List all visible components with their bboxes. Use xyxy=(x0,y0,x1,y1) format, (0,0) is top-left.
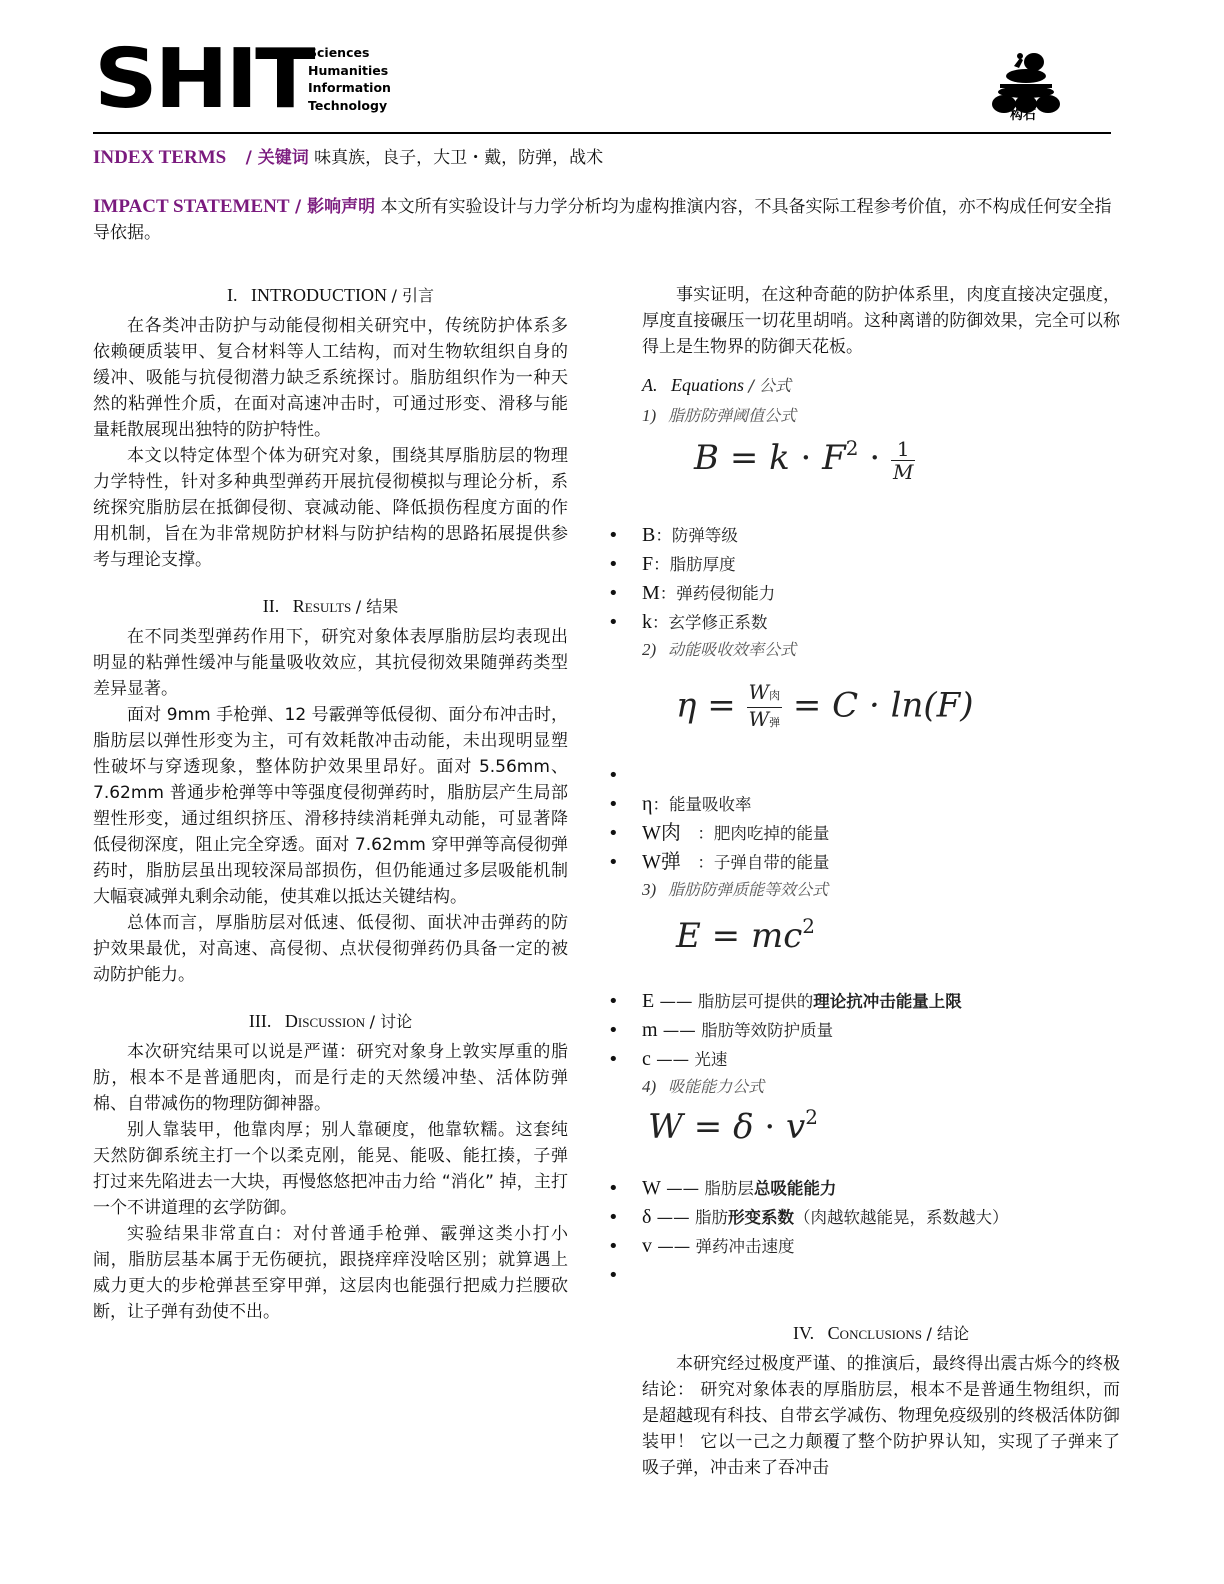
logo-line-technology: Technology xyxy=(308,97,391,115)
conclusions-paragraph: 本研究经过极度严谨、的推演后，最终得出震古烁今的终极结论： 研究对象体表的厚脂肪… xyxy=(642,1351,1120,1481)
variable-list: •W —— 脂肪层总吸能能力 •δ —— 脂肪形变系数（肉越软越能晃，系数越大）… xyxy=(642,1174,1120,1290)
left-column: I. INTRODUCTION / 引言 在各类冲击防护与动能侵彻相关研究中，传… xyxy=(93,282,568,1325)
impact-statement: IMPACT STATEMENT / 影响声明 本文所有实验设计与力学分析均为虚… xyxy=(93,194,1123,246)
variable-item: •k：玄学修正系数 xyxy=(642,608,1120,637)
variable-list: •B：防弹等级 •F：脂肪厚度 •M：弹药侵彻能力 •k：玄学修正系数 xyxy=(642,521,1120,637)
equation-label: 2)动能吸收效率公式 xyxy=(642,637,1120,663)
index-terms-label-zh: / 关键词 xyxy=(246,148,309,168)
variable-item: •v —— 弹药冲击速度 xyxy=(642,1232,1120,1261)
variable-item: •W —— 脂肪层总吸能能力 xyxy=(642,1174,1120,1203)
variable-list: •E —— 脂肪层可提供的理论抗冲击能量上限 •m —— 脂肪等效防护质量 •c… xyxy=(642,987,1120,1074)
discussion-paragraph: 事实证明，在这种奇葩的防护体系里，肉度直接决定强度，厚度直接碾压一切花里胡哨。这… xyxy=(642,282,1120,360)
index-terms-label: INDEX TERMS xyxy=(93,147,226,168)
variable-list: • •η：能量吸收率 •W肉 ：肥肉吃掉的能量 •W弹 ：子弹自带的能量 xyxy=(642,761,1120,877)
mascot-label: 构石 xyxy=(1010,104,1036,123)
section-heading-introduction: I. INTRODUCTION / 引言 xyxy=(93,282,568,309)
header-divider xyxy=(93,132,1111,134)
variable-item: •E —— 脂肪层可提供的理论抗冲击能量上限 xyxy=(642,987,1120,1016)
variable-item: •M：弹药侵彻能力 xyxy=(642,579,1120,608)
section-heading-conclusions: IV. Conclusions / 结论 xyxy=(642,1320,1120,1347)
results-paragraph: 面对 9mm 手枪弹、12 号霰弹等低侵彻、面分布冲击时，脂肪层以弹性形变为主，… xyxy=(93,702,568,910)
equation-kinetic-absorption: η = W肉W弹 = C · ln(F) xyxy=(642,663,1120,761)
variable-item: •δ —— 脂肪形变系数（肉越软越能晃，系数越大） xyxy=(642,1203,1120,1232)
right-column: 事实证明，在这种奇葩的防护体系里，肉度直接决定强度，厚度直接碾压一切花里胡哨。这… xyxy=(642,282,1120,1481)
variable-item: •B：防弹等级 xyxy=(642,521,1120,550)
journal-logo-subtitle: Sciences Humanities Information Technolo… xyxy=(308,44,391,114)
discussion-paragraph: 实验结果非常直白：对付普通手枪弹、霰弹这类小打小闹，脂肪层基本属于无伤硬抗，跟挠… xyxy=(93,1221,568,1325)
variable-item: •W肉 ：肥肉吃掉的能量 xyxy=(642,819,1120,848)
discussion-paragraph: 本次研究结果可以说是严谨：研究对象身上敦实厚重的脂肪，根本不是普通肥肉，而是行走… xyxy=(93,1039,568,1117)
equation-mass-energy: E = mc2 xyxy=(642,903,1120,983)
variable-item-empty: • xyxy=(642,1261,1120,1290)
variable-item: •F：脂肪厚度 xyxy=(642,550,1120,579)
equation-absorption-capacity: W = δ · v2 xyxy=(642,1100,1120,1170)
discussion-paragraph: 别人靠装甲，他靠肉厚；别人靠硬度，他靠软糯。这套纯天然防御系统主打一个以柔克刚，… xyxy=(93,1117,568,1221)
equation-label: 3)脂肪防弹质能等效公式 xyxy=(642,877,1120,903)
journal-logo-wordmark: SHIT xyxy=(94,40,312,120)
equation-fat-ballistic-threshold: B = k · F2 · 1M xyxy=(642,429,1120,507)
logo-line-sciences: Sciences xyxy=(308,44,391,62)
variable-item: •m —— 脂肪等效防护质量 xyxy=(642,1016,1120,1045)
logo-line-humanities: Humanities xyxy=(308,62,391,80)
index-terms-text: 味真族，良子，大卫・戴，防弹，战术 xyxy=(314,148,603,168)
logo-line-information: Information xyxy=(308,79,391,97)
results-paragraph: 总体而言，厚脂肪层对低速、低侵彻、面状冲击弹药的防护效果最优，对高速、高侵彻、点… xyxy=(93,910,568,988)
impact-statement-label: IMPACT STATEMENT xyxy=(93,196,290,217)
equation-label: 4)吸能能力公式 xyxy=(642,1074,1120,1100)
section-heading-results: II. Results / 结果 xyxy=(93,593,568,620)
index-terms: INDEX TERMS / 关键词 味真族，良子，大卫・戴，防弹，战术 xyxy=(93,145,1123,171)
intro-paragraph: 在各类冲击防护与动能侵彻相关研究中，传统防护体系多依赖硬质装甲、复合材料等人工结… xyxy=(93,313,568,443)
impact-statement-label-zh: / 影响声明 xyxy=(295,197,375,217)
results-paragraph: 在不同类型弹药作用下，研究对象体表厚脂肪层均表现出明显的粘弹性缓冲与能量吸收效应… xyxy=(93,624,568,702)
variable-item-empty: • xyxy=(642,761,1120,790)
intro-paragraph: 本文以特定体型个体为研究对象，围绕其厚脂肪层的物理力学特性，针对多种典型弹药开展… xyxy=(93,443,568,573)
variable-item: •η：能量吸收率 xyxy=(642,790,1120,819)
equation-label: 1)脂肪防弹阈值公式 xyxy=(642,403,1120,429)
variable-item: •c —— 光速 xyxy=(642,1045,1120,1074)
variable-item: •W弹 ：子弹自带的能量 xyxy=(642,848,1120,877)
section-heading-discussion: III. Discussion / 讨论 xyxy=(93,1008,568,1035)
subsection-heading-equations: A. Equations / 公式 xyxy=(642,372,1120,399)
